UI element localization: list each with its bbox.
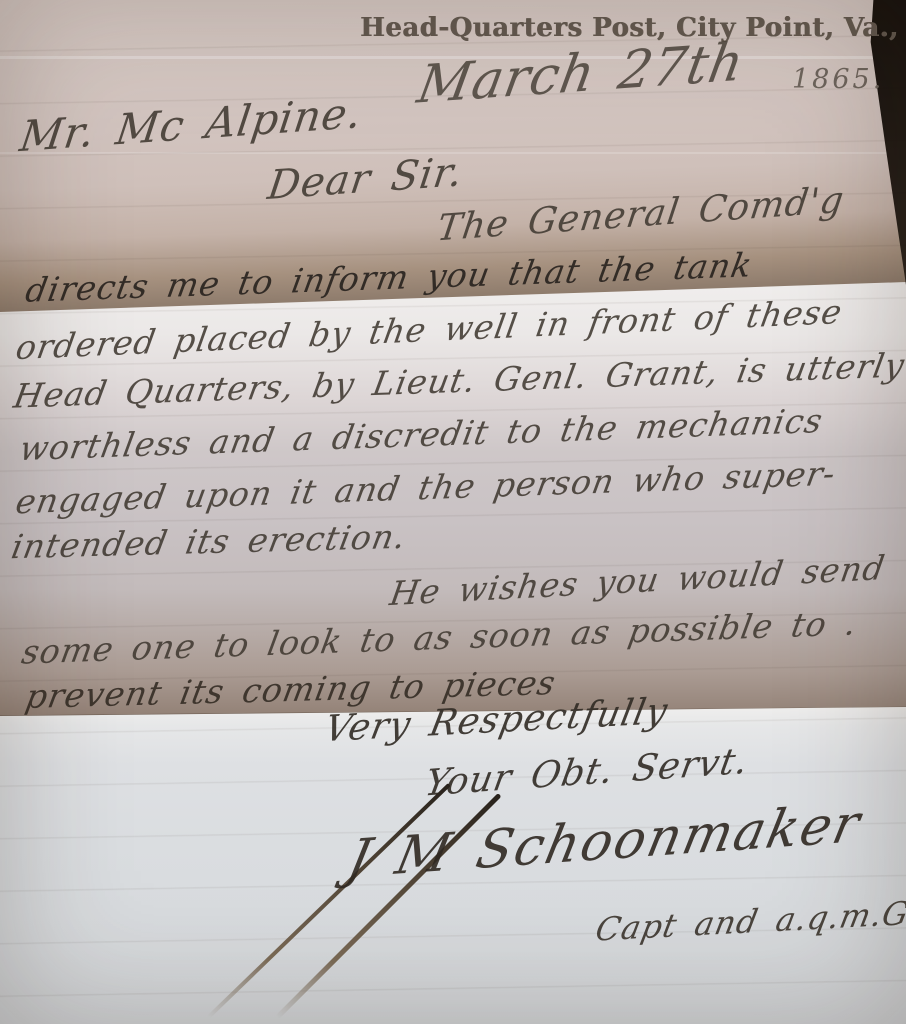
letter-photograph: Head-Quarters Post, City Point, Va., Mar… (0, 0, 906, 1024)
photo-vignette (0, 0, 906, 1024)
